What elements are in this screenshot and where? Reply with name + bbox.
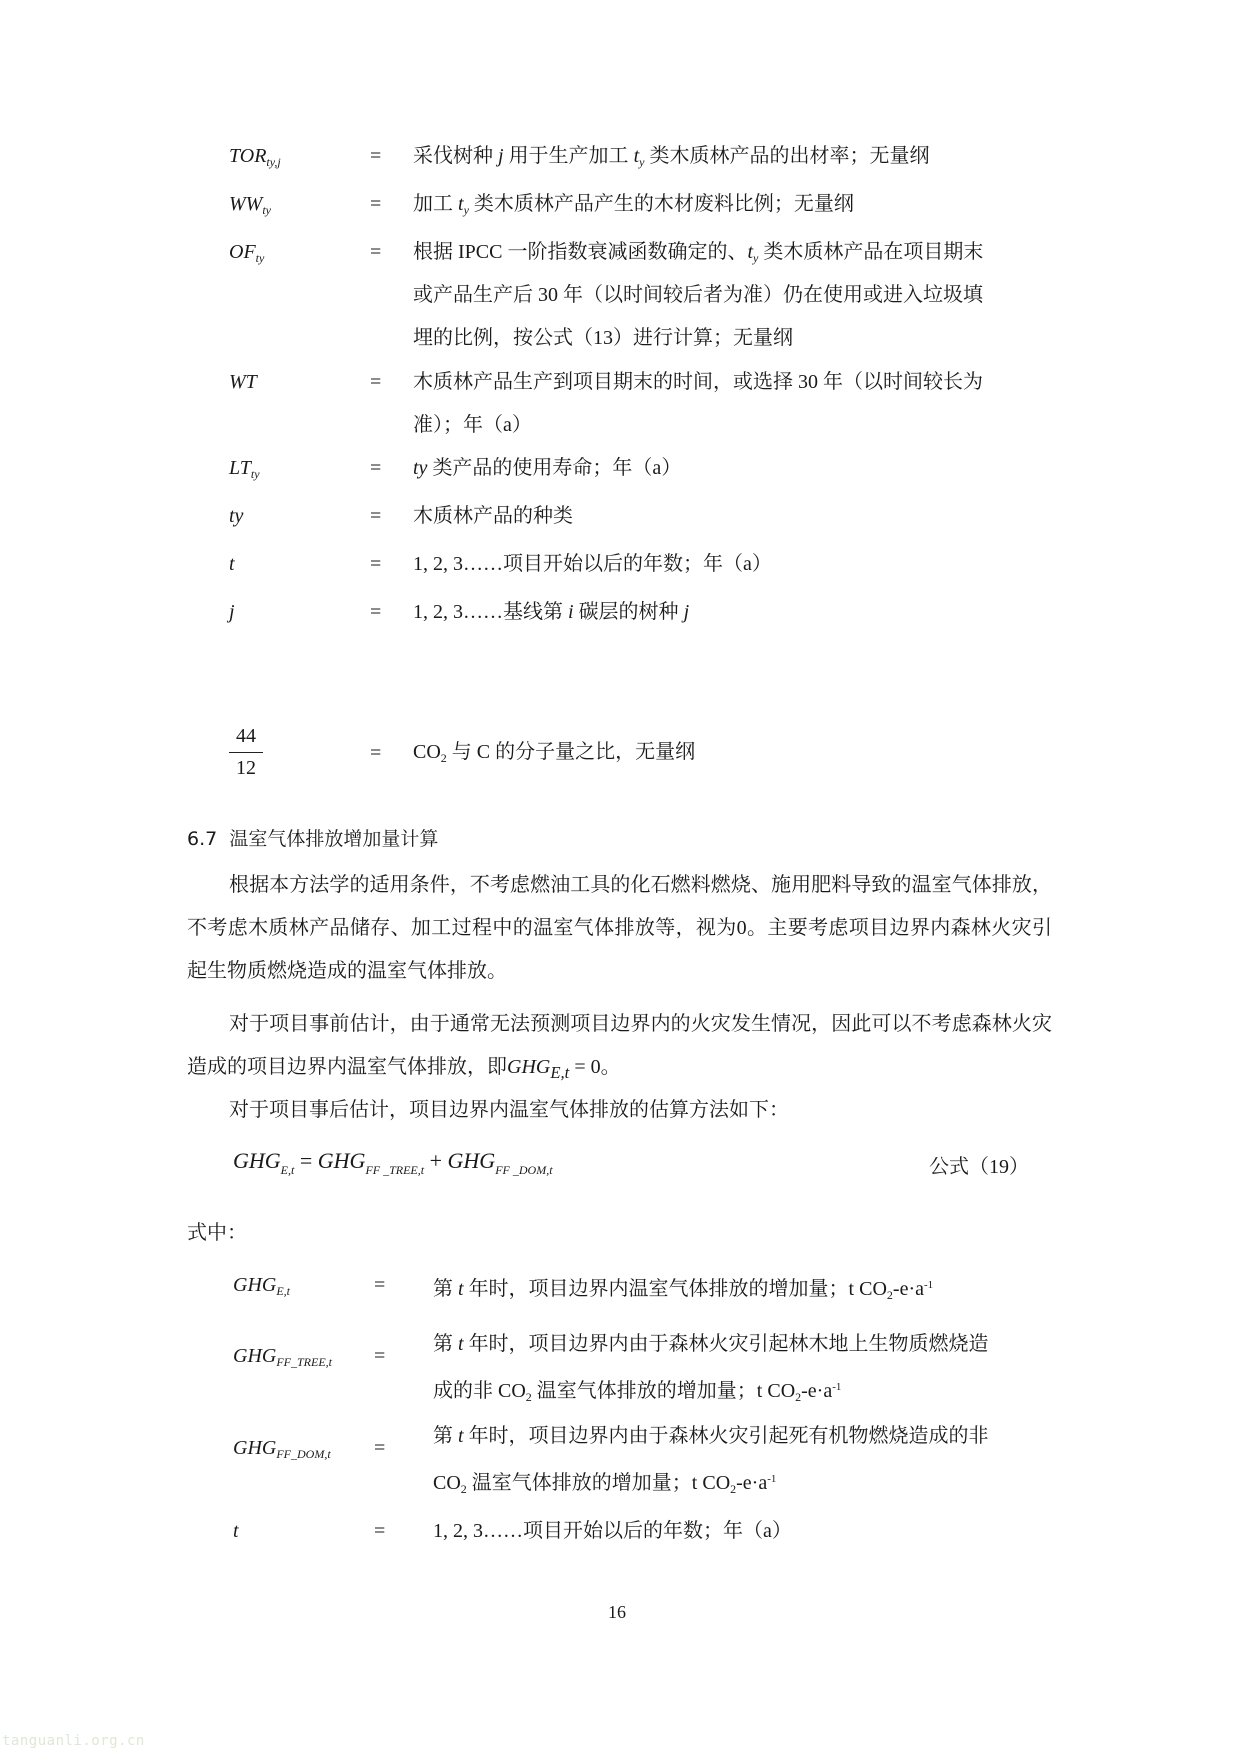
formula-term-tree: GHG (318, 1148, 366, 1173)
top-definition-text: 准）；年（a） (413, 404, 532, 447)
equals-sign: = (370, 241, 381, 264)
equals-sign: = (370, 505, 381, 528)
top-definition-symbol: j (229, 601, 235, 624)
fraction-44-over-12: 44 12 (229, 725, 263, 780)
formula-lhs-subscript: E,t (281, 1163, 295, 1177)
bottom-definition-text: 第 t 年时，项目边界内由于森林火灾引起林木地上生物质燃烧造 (433, 1323, 989, 1366)
section-heading: 6.7 温室气体排放增加量计算 (187, 824, 438, 851)
formula-label: 公式（19） (929, 1146, 1029, 1189)
top-definition-text: 1, 2, 3……项目开始以后的年数；年（a） (413, 543, 772, 586)
formula-plus: + (430, 1148, 442, 1173)
top-definition-symbol: WT (229, 371, 257, 394)
top-definition-text: 采伐树种 j 用于生产加工 ty 类木质林产品的出材率；无量纲 (413, 135, 929, 184)
where-label: 式中： (187, 1212, 247, 1255)
top-definition-text: 埋的比例，按公式（13）进行计算；无量纲 (413, 317, 793, 360)
document-page: TORty,j=采伐树种 j 用于生产加工 ty 类木质林产品的出材率；无量纲W… (0, 0, 1240, 1753)
paragraph-ex-post: 对于项目事后估计，项目边界内温室气体排放的估算方法如下： (187, 1089, 1052, 1132)
page-number: 16 (608, 1602, 626, 1623)
top-definition-text: 木质林产品的种类 (413, 495, 573, 538)
equals-sign: = (370, 193, 381, 216)
bottom-definition-text: 1, 2, 3……项目开始以后的年数；年（a） (433, 1510, 792, 1553)
paragraph-ex-ante: 对于项目事前估计，由于通常无法预测项目边界内的火灾发生情况，因此可以不考虑森林火… (187, 1003, 1052, 1094)
bottom-definition-text: 第 t 年时，项目边界内由于森林火灾引起死有机物燃烧造成的非 (433, 1415, 989, 1458)
fraction-numerator: 44 (229, 725, 263, 748)
top-definition-symbol: t (229, 553, 235, 576)
formula-term-tree-subscript: FF _TREE,t (365, 1163, 424, 1177)
top-definition-text: 或产品生产后 30 年（以时间较后者为准）仍在使用或进入垃圾填 (413, 274, 983, 317)
top-definition-symbol: OFty (229, 241, 264, 266)
formula-lhs: GHG (233, 1148, 281, 1173)
bottom-definition-text: 成的非 CO2 温室气体排放的增加量；t CO2-e·a-1 (433, 1366, 841, 1419)
equals-sign: = (370, 601, 381, 624)
watermark: tanguanli.org.cn (2, 1733, 145, 1749)
equals-sign: = (370, 145, 381, 168)
top-definition-text: 1, 2, 3……基线第 i 碳层的树种 j (413, 591, 689, 634)
equals-sign: = (370, 457, 381, 480)
formula-term-dom-subscript: FF _DOM,t (495, 1163, 552, 1177)
equals-sign: = (374, 1437, 385, 1460)
top-definition-text: ty 类产品的使用寿命；年（a） (413, 447, 681, 490)
top-definition-text: 根据 IPCC 一阶指数衰减函数确定的、ty 类木质林产品在项目期末 (413, 231, 983, 280)
paragraph-applicability: 根据本方法学的适用条件，不考虑燃油工具的化石燃料燃烧、施用肥料导致的温室气体排放… (187, 864, 1052, 993)
equals-sign: = (374, 1520, 385, 1543)
top-definition-symbol: ty (229, 505, 243, 528)
formula-term-dom: GHG (448, 1148, 496, 1173)
equals-sign: = (374, 1345, 385, 1368)
top-definition-symbol: WWty (229, 193, 271, 218)
top-definition-symbol: TORty,j (229, 145, 281, 170)
top-definition-text: 木质林产品生产到项目期末的时间，或选择 30 年（以时间较长为 (413, 361, 983, 404)
bottom-definition-symbol: t (233, 1520, 239, 1543)
bottom-definition-text: CO2 温室气体排放的增加量；t CO2-e·a-1 (433, 1458, 776, 1511)
bottom-definition-symbol: GHGFF_DOM,t (233, 1437, 331, 1462)
formula-equals: = (300, 1148, 312, 1173)
equals-sign: = (370, 553, 381, 576)
bottom-definition-symbol: GHGE,t (233, 1274, 290, 1299)
equals-sign: = (370, 371, 381, 394)
fraction-denominator: 12 (229, 757, 263, 780)
section-number: 6.7 (187, 828, 217, 850)
bottom-definition-symbol: GHGFF_TREE,t (233, 1345, 332, 1370)
equals-sign: = (370, 742, 381, 765)
formula-19: GHGE,t = GHGFF _TREE,t + GHGFF _DOM,t (233, 1148, 553, 1178)
top-definition-text: 加工 ty 类木质林产品产生的木材废料比例；无量纲 (413, 183, 854, 232)
fraction-description: CO2 与 C 的分子量之比，无量纲 (413, 731, 695, 780)
fraction-bar (229, 752, 263, 753)
bottom-definition-text: 第 t 年时，项目边界内温室气体排放的增加量；t CO2-e·a-1 (433, 1264, 933, 1317)
section-title: 温室气体排放增加量计算 (229, 828, 438, 850)
equals-sign: = (374, 1274, 385, 1297)
top-definition-symbol: LTty (229, 457, 260, 482)
